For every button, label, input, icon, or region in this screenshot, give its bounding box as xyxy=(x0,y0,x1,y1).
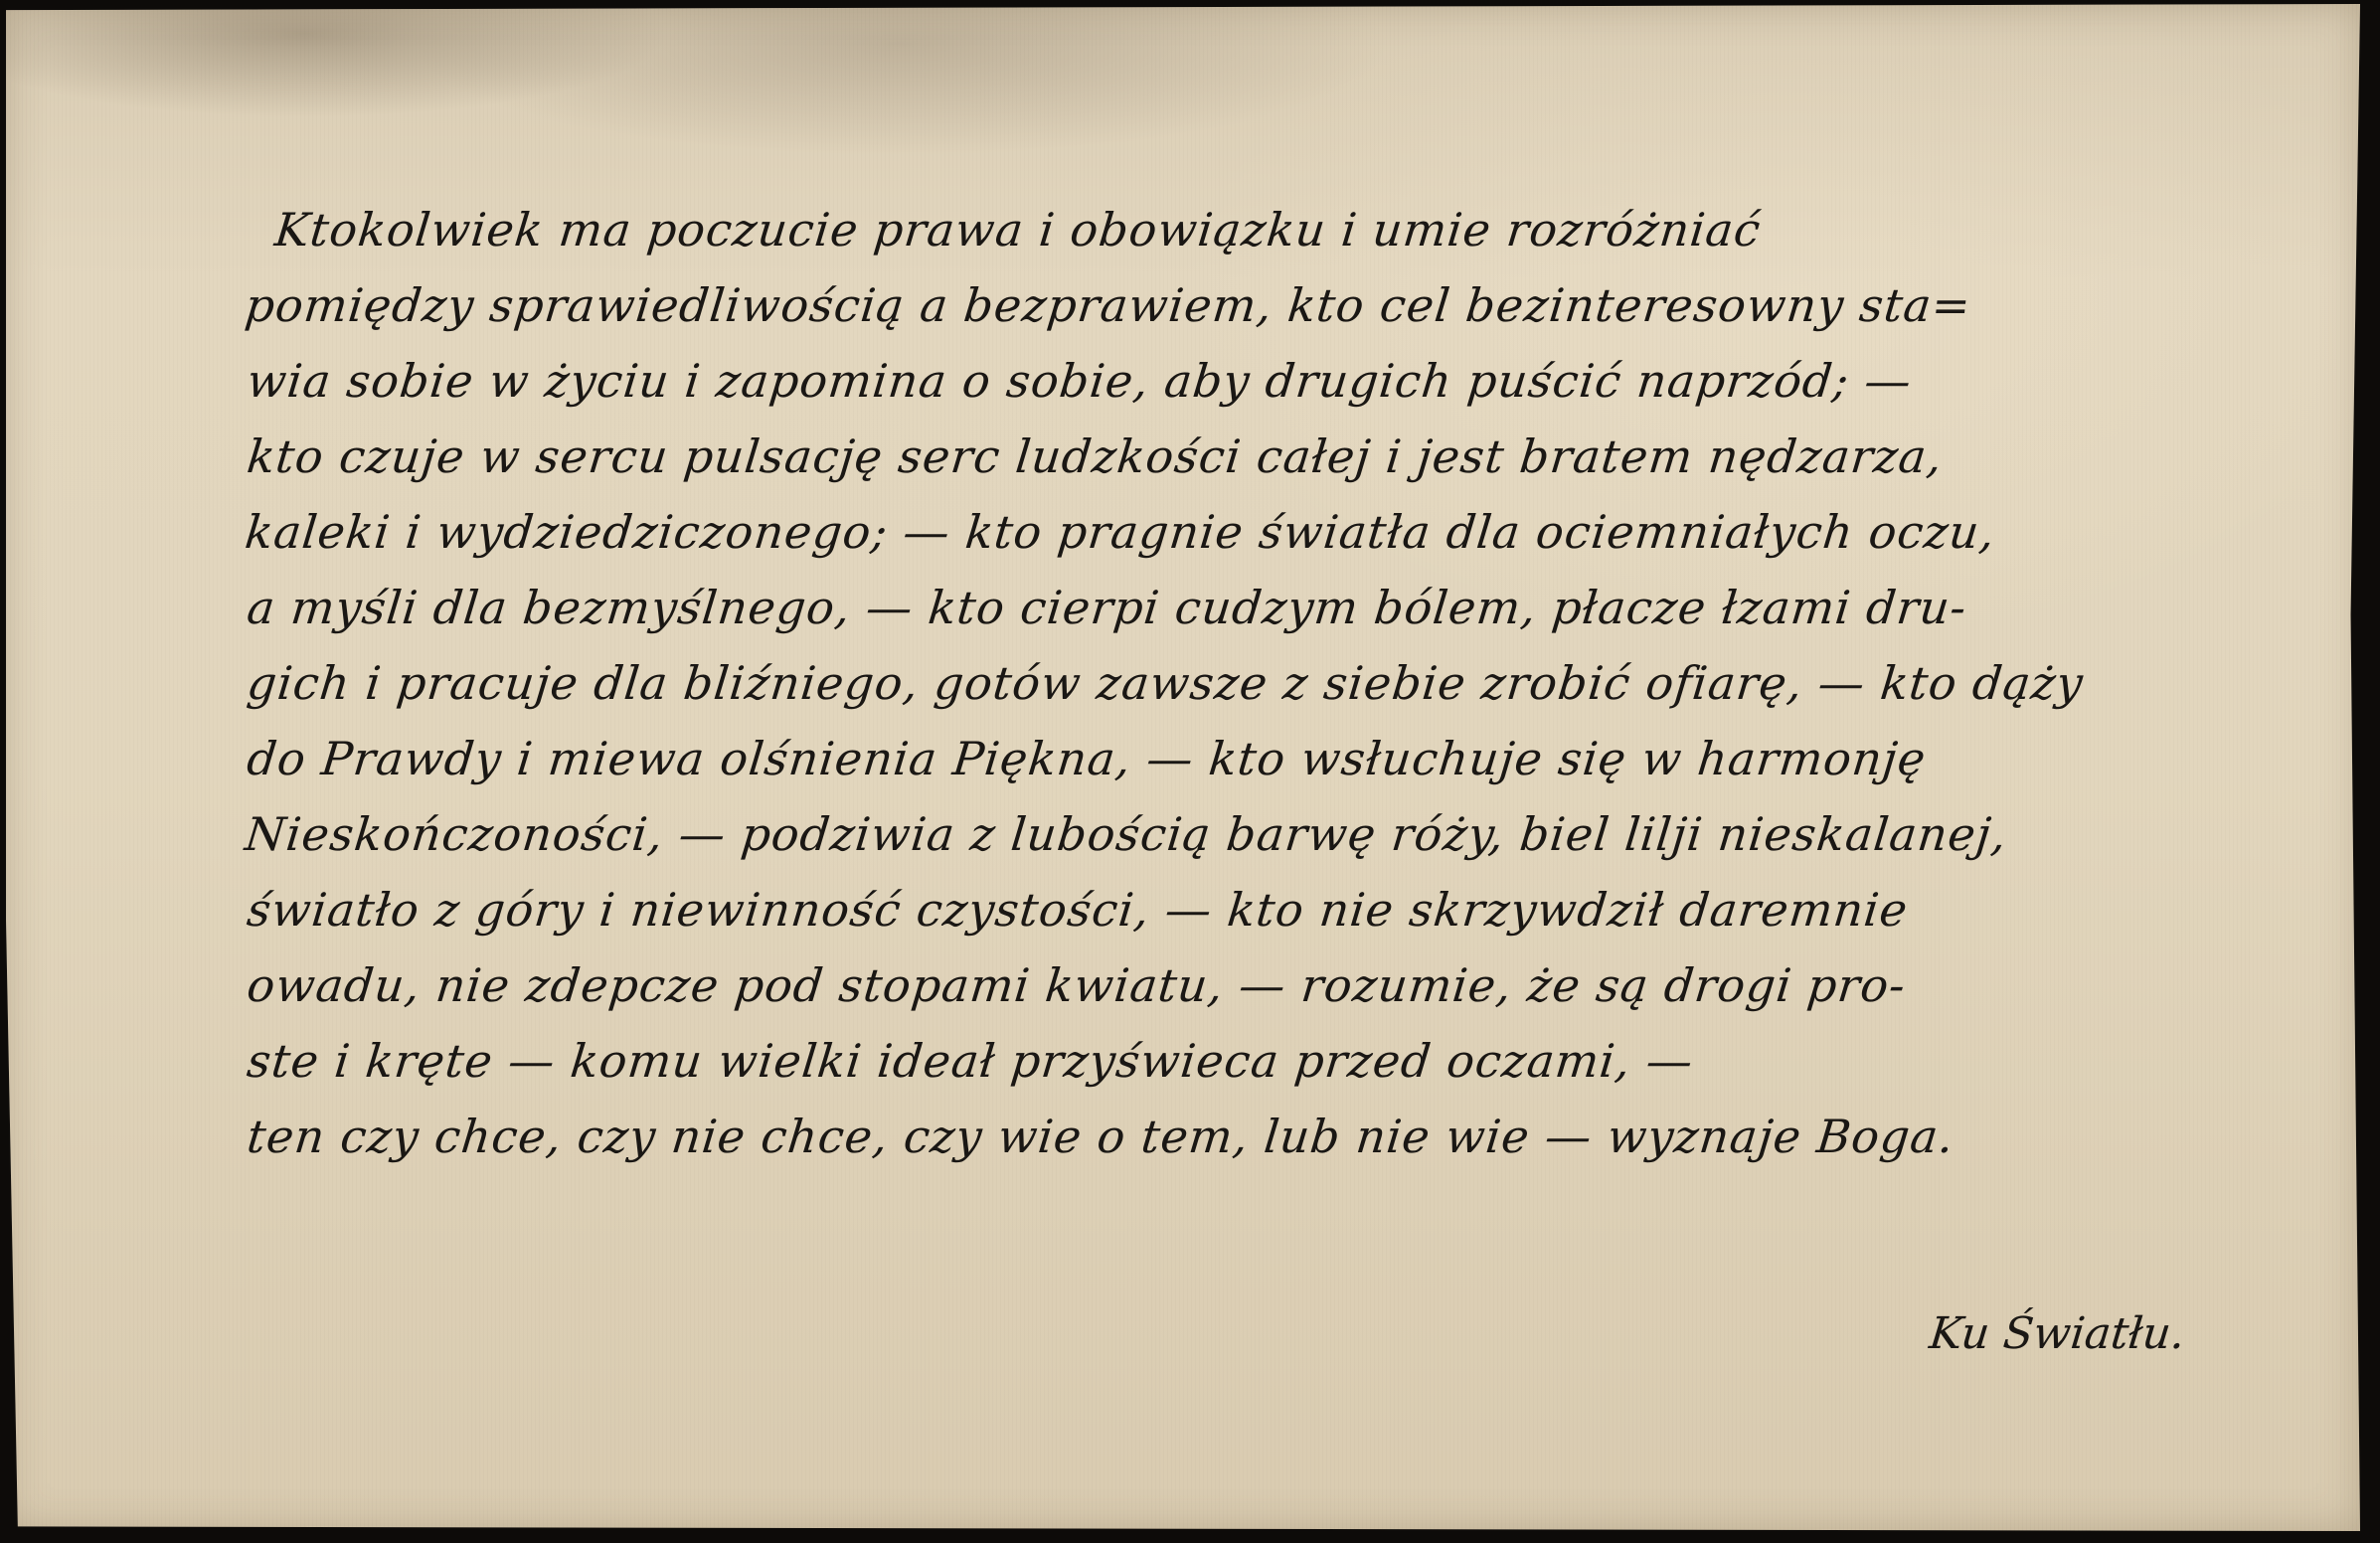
text-line-13: ten czy chce, czy nie chce, czy wie o te… xyxy=(245,1110,1957,1163)
signature: Ku Światłu. xyxy=(1927,1308,2187,1359)
text-line-10: światło z góry i niewinność czystości, —… xyxy=(245,883,1911,937)
text-line-4: kto czuje w sercu pulsację serc ludzkośc… xyxy=(245,429,1946,483)
scan-background: Ktokolwiek ma poczucie prawa i obowiązku… xyxy=(0,0,2380,1543)
text-line-12: ste i kręte — komu wielki ideał przyświe… xyxy=(245,1034,1696,1088)
text-line-7: gich i pracuje dla bliźniego, gotów zaws… xyxy=(245,656,2086,710)
text-line-9: Nieskończoności, — podziwia z lubością b… xyxy=(243,807,2010,861)
text-line-11: owadu, nie zdepcze pod stopami kwiatu, —… xyxy=(245,958,1909,1012)
text-line-5: kaleki i wydziedziczonego; — kto pragnie… xyxy=(243,505,1998,559)
text-line-3: wia sobie w życiu i zapomina o sobie, ab… xyxy=(245,354,1915,408)
text-line-6: a myśli dla bezmyślnego, — kto cierpi cu… xyxy=(245,581,1969,634)
text-line-8: do Prawdy i miewa olśnienia Piękna, — kt… xyxy=(245,732,1929,785)
text-line-2: pomiędzy sprawiedliwością a bezprawiem, … xyxy=(243,278,1974,332)
text-line-1: Ktokolwiek ma poczucie prawa i obowiązku… xyxy=(272,203,1764,257)
manuscript-page: Ktokolwiek ma poczucie prawa i obowiązku… xyxy=(6,4,2360,1531)
